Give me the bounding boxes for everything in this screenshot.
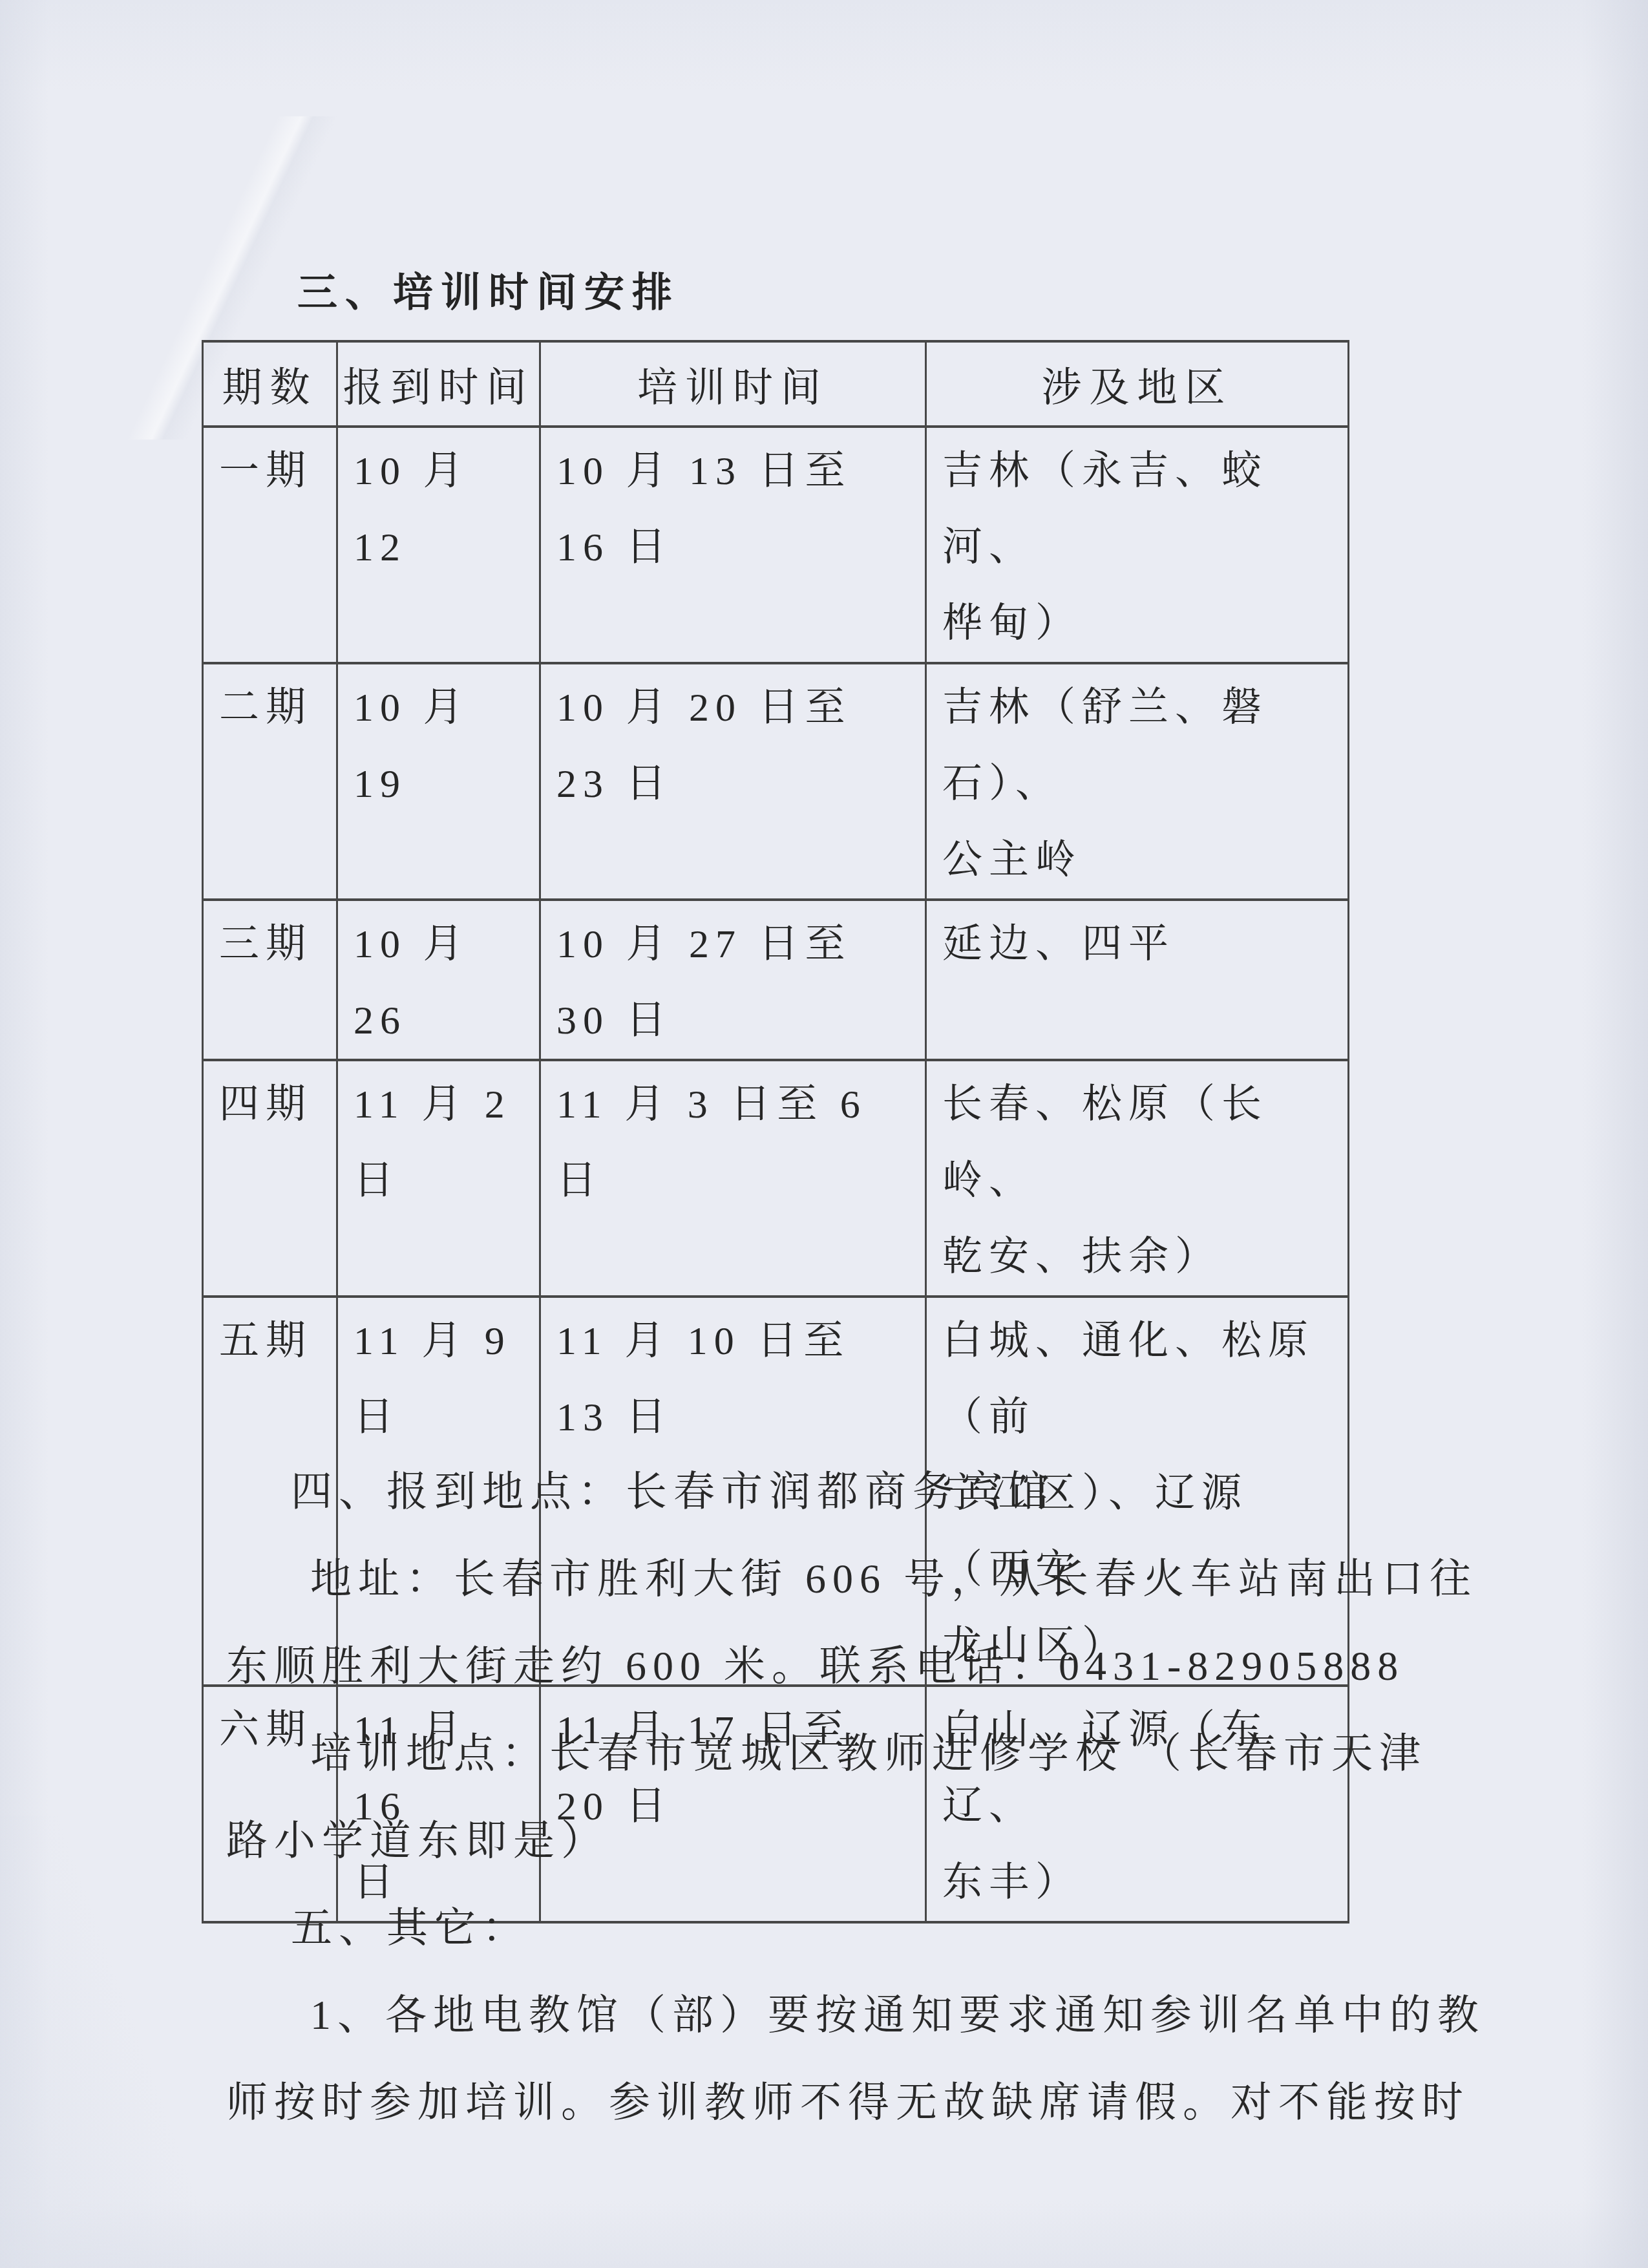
cell-period: 四期 [203,1060,337,1297]
header-cell-training: 培训时间 [540,341,926,427]
table-row: 四期 11 月 2 日 11 月 3 日至 6 日 长春、松原（长岭、 乾安、扶… [203,1060,1349,1297]
header-cell-regions: 涉及地区 [926,341,1349,427]
cell-period: 三期 [203,900,337,1060]
cell-regions: 吉林（永吉、蛟河、 桦甸） [926,427,1349,663]
paragraph-line: 地址：长春市胜利大街 606 号，从长春火车站南出口往 [226,1535,1454,1622]
paragraph-line: 1、各地电教馆（部）要按通知要求通知参训名单中的教 [226,1971,1454,2059]
paragraph-line: 师按时参加培训。参训教师不得无故缺席请假。对不能按时 [226,2059,1454,2146]
header-cell-checkin: 报到时间 [337,341,540,427]
cell-training: 10 月 20 日至 23 日 [540,663,926,900]
cell-checkin: 11 月 2 日 [337,1060,540,1297]
paragraph-line: 路小学道东即是） [226,1797,1454,1884]
table-row: 二期 10 月 19 10 月 20 日至 23 日 吉林（舒兰、磐石）、 公主… [203,663,1349,900]
cell-training: 10 月 27 日至 30 日 [540,900,926,1060]
table-header-row: 期数 报到时间 培训时间 涉及地区 [203,341,1349,427]
document-body: 四、报到地点：长春市润都商务宾馆 地址：长春市胜利大街 606 号，从长春火车站… [226,1448,1454,2146]
cell-training: 10 月 13 日至 16 日 [540,427,926,663]
table-row: 一期 10 月 12 10 月 13 日至 16 日 吉林（永吉、蛟河、 桦甸） [203,427,1349,663]
cell-checkin: 10 月 19 [337,663,540,900]
cell-regions: 延边、四平 [926,900,1349,1060]
paragraph-line: 五、其它： [226,1884,1454,1971]
header-cell-period: 期数 [203,341,337,427]
cell-checkin: 10 月 12 [337,427,540,663]
section-title: 三、培训时间安排 [297,271,680,315]
scanned-document-page: { "page": { "title": "三、培训时间安排", "colors… [0,0,1648,2268]
cell-regions: 吉林（舒兰、磐石）、 公主岭 [926,663,1349,900]
cell-training: 11 月 3 日至 6 日 [540,1060,926,1297]
paragraph-line: 东顺胜利大街走约 600 米。联系电话：0431-82905888 [226,1622,1454,1710]
cell-period: 一期 [203,427,337,663]
cell-period: 二期 [203,663,337,900]
paragraph-line: 培训地点：长春市宽城区教师进修学校 （长春市天津 [226,1710,1454,1797]
cell-regions: 长春、松原（长岭、 乾安、扶余） [926,1060,1349,1297]
table-row: 三期 10 月 26 10 月 27 日至 30 日 延边、四平 [203,900,1349,1060]
paragraph-line: 四、报到地点：长春市润都商务宾馆 [226,1448,1454,1535]
cell-checkin: 10 月 26 [337,900,540,1060]
